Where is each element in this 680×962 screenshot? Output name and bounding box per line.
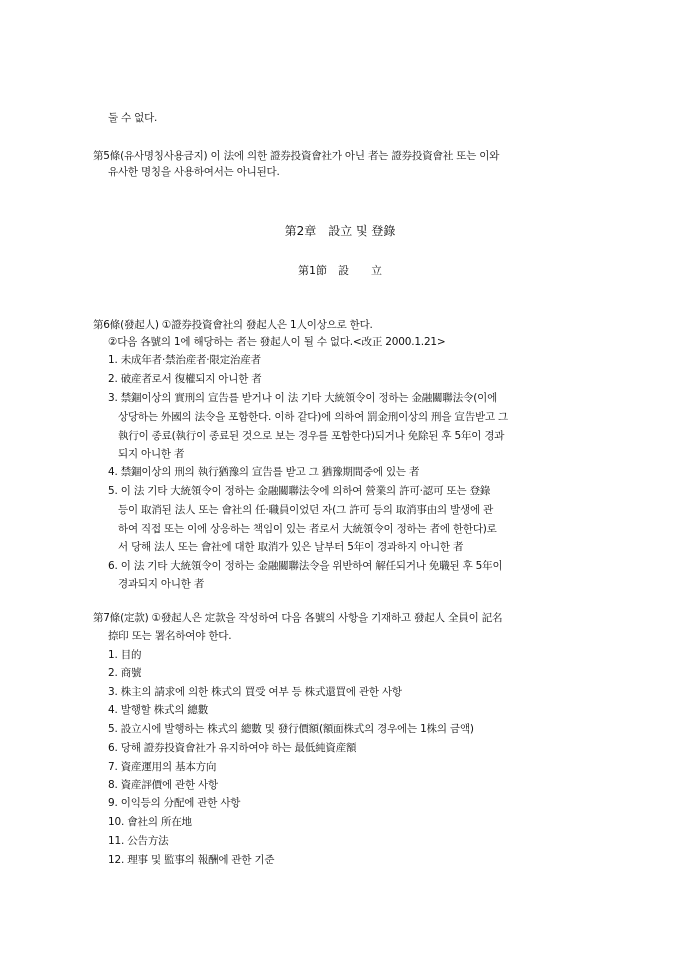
article-6-item-3-cont: 되지 아니한 者 (118, 447, 184, 461)
section-title: 第1節 設 立 (0, 263, 680, 279)
article-6-item-5-cont: 서 당해 法人 또는 會社에 대한 取消가 있은 날부터 5年이 경과하지 아니… (118, 540, 463, 554)
article-7-item: 2. 商號 (108, 666, 141, 680)
article-5-line-1: 第5條(유사명칭사용금지) 이 法에 의한 證券投資會社가 아닌 者는 證券投資… (93, 149, 499, 163)
article-7-item: 3. 株主의 請求에 의한 株式의 買受 여부 등 株式還買에 관한 사항 (108, 685, 402, 699)
article-7-item: 6. 당해 證券投資會社가 유지하여야 하는 最低純資産額 (108, 741, 356, 755)
article-7-item: 11. 公告方法 (108, 834, 168, 848)
chapter-title: 第2章 設立 및 登錄 (0, 223, 680, 239)
article-6-line-2: ②다음 各號의 1에 해당하는 者는 發起人이 될 수 없다.<改正 2000.… (108, 335, 446, 349)
article-6-item-3: 3. 禁錮이상의 實刑의 宣告를 받거나 이 法 기타 大統領令이 정하는 金融… (108, 391, 497, 405)
article-6-item-3-cont: 執行이 종료(執行이 종료된 것으로 보는 경우를 포함한다)되거나 免除된 후… (118, 429, 504, 443)
article-5-line-2: 유사한 명칭을 사용하여서는 아니된다. (108, 165, 280, 179)
article-6-item-3-cont: 상당하는 外國의 法令을 포함한다. 이하 같다)에 의하여 罰金刑이상의 刑을… (118, 410, 508, 424)
article-6-item-5-cont: 등이 取消된 法人 또는 會社의 任·職員이었던 자(그 許可 등의 取消事由의… (118, 503, 493, 517)
continuation-text: 둘 수 없다. (108, 111, 157, 125)
article-6-item-6-cont: 경과되지 아니한 者 (118, 577, 204, 591)
article-6-item-5-cont: 하여 직접 또는 이에 상응하는 책임이 있는 者로서 大統領令이 정하는 者에… (118, 522, 497, 536)
article-6-item-5: 5. 이 法 기타 大統領令이 정하는 金融關聯法令에 의하여 營業의 許可·認… (108, 484, 490, 498)
article-7-item: 10. 會社의 所在地 (108, 815, 192, 829)
article-7-item: 1. 目的 (108, 648, 141, 662)
article-7-item: 8. 資産評價에 관한 사항 (108, 778, 218, 792)
article-7-item: 5. 設立시에 발행하는 株式의 總數 및 發行價額(額面株式의 경우에는 1株… (108, 722, 474, 736)
article-6-line-1: 第6條(發起人) ①證券投資會社의 發起人은 1人이상으로 한다. (93, 318, 373, 332)
article-6-item-6: 6. 이 法 기타 大統領令이 정하는 金融關聯法令을 위반하여 解任되거나 免… (108, 559, 502, 573)
article-6-item-4: 4. 禁錮이상의 刑의 執行猶豫의 宣告를 받고 그 猶豫期間중에 있는 者 (108, 465, 419, 479)
article-7-line-2: 捺印 또는 署名하여야 한다. (108, 629, 231, 643)
article-7-line-1: 第7條(定款) ①發起人은 定款을 작성하여 다음 各號의 사항을 기재하고 發… (93, 611, 502, 625)
article-6-item-2: 2. 破産者로서 復權되지 아니한 者 (108, 372, 262, 386)
article-7-item: 12. 理事 및 監事의 報酬에 관한 기준 (108, 853, 274, 867)
article-6-item-1: 1. 未成年者·禁治産者·限定治産者 (108, 353, 261, 367)
article-7-item: 9. 이익등의 分配에 관한 사항 (108, 796, 240, 810)
article-7-item: 4. 발행할 株式의 總數 (108, 703, 208, 717)
article-7-item: 7. 資産運用의 基本方向 (108, 760, 216, 774)
